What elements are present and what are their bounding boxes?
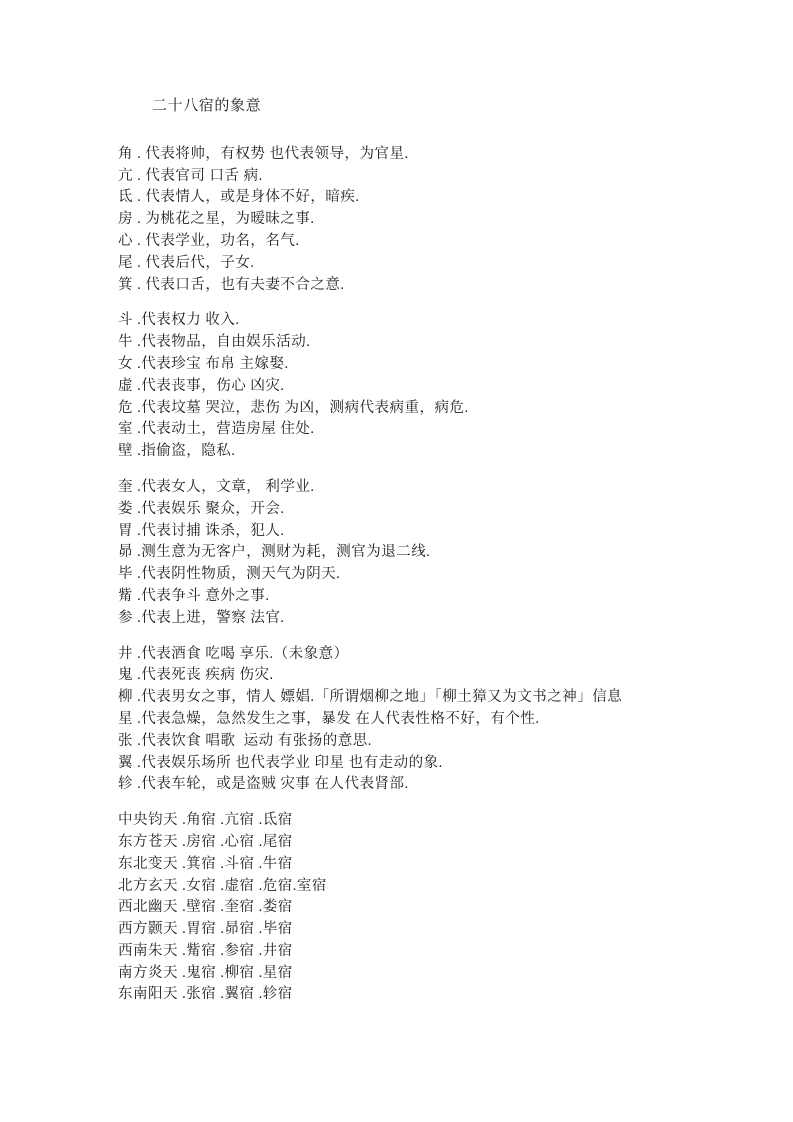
mansion-line: 翼 .代表娱乐场所 也代表学业 印星 也有走动的象. [118,753,753,775]
mansion-line: 觜 .代表争斗 意外之事. [118,586,753,608]
sky-region-line: 西南朱天 .觜宿 .参宿 .井宿 [118,941,753,963]
mansion-line: 胃 .代表讨捕 诛杀，犯人. [118,521,753,543]
mansion-line: 张 .代表饮食 唱歌 运动 有张扬的意思. [118,731,753,753]
mansion-line: 鬼 .代表死丧 疾病 伤灾. [118,665,753,687]
section-eastern-seven-mansions: 角 . 代表将帅，有权势 也代表领导，为官星. 亢 . 代表官司 口舌 病. 氐… [118,144,753,297]
mansion-line: 昴 .测生意为无客户，测财为耗，测官为退二线. [118,542,753,564]
mansion-line: 室 .代表动土，营造房屋 住处. [118,419,753,441]
mansion-line: 角 . 代表将帅，有权势 也代表领导，为官星. [118,144,753,166]
sky-region-line: 东南阳天 .张宿 .翼宿 .轸宿 [118,984,753,1006]
mansion-line: 心 . 代表学业，功名，名气. [118,231,753,253]
mansion-line: 星 .代表急燥，急然发生之事，暴发 在人代表性格不好，有个性. [118,709,753,731]
section-western-seven-mansions: 奎 .代表女人，文章， 利学业. 娄 .代表娱乐 聚众，开会. 胃 .代表讨捕 … [118,477,753,630]
mansion-line: 房 . 为桃花之星，为暧昧之事. [118,209,753,231]
mansion-line: 危 .代表坟墓 哭泣，悲伤 为凶，测病代表病重，病危. [118,398,753,420]
mansion-line: 虚 .代表丧事，伤心 凶灾. [118,376,753,398]
mansion-line: 奎 .代表女人，文章， 利学业. [118,477,753,499]
section-southern-seven-mansions: 井 .代表酒食 吃喝 享乐.（未象意） 鬼 .代表死丧 疾病 伤灾. 柳 .代表… [118,644,753,797]
mansion-line: 亢 . 代表官司 口舌 病. [118,166,753,188]
sky-region-line: 东方苍天 .房宿 .心宿 .尾宿 [118,832,753,854]
mansion-line: 箕 . 代表口舌，也有夫妻不合之意. [118,275,753,297]
document-page: 二十八宿的象意 角 . 代表将帅，有权势 也代表领导，为官星. 亢 . 代表官司… [0,0,793,1122]
mansion-line: 牛 .代表物品，自由娱乐活动. [118,332,753,354]
section-northern-seven-mansions: 斗 .代表权力 收入. 牛 .代表物品，自由娱乐活动. 女 .代表珍宝 布帛 主… [118,310,753,463]
sky-region-line: 东北变天 .箕宿 .斗宿 .牛宿 [118,854,753,876]
sky-region-line: 南方炎天 .鬼宿 .柳宿 .星宿 [118,963,753,985]
mansion-line: 娄 .代表娱乐 聚众，开会. [118,499,753,521]
document-content: 二十八宿的象意 角 . 代表将帅，有权势 也代表领导，为官星. 亢 . 代表官司… [0,0,793,1006]
mansion-line: 毕 .代表阴性物质，测天气为阴天. [118,564,753,586]
mansion-line: 柳 .代表男女之事，情人 嫖娼.「所谓烟柳之地」「柳土獐又为文书之神」信息 [118,687,753,709]
mansion-line: 井 .代表酒食 吃喝 享乐.（未象意） [118,644,753,666]
sky-region-line: 北方玄天 .女宿 .虚宿 .危宿.室宿 [118,876,753,898]
mansion-line: 氐 . 代表情人，或是身体不好，暗疾. [118,187,753,209]
sky-region-line: 西方颢天 .胃宿 .昴宿 .毕宿 [118,919,753,941]
section-nine-heavens: 中央钧天 .角宿 .亢宿 .氐宿 东方苍天 .房宿 .心宿 .尾宿 东北变天 .… [118,810,753,1006]
mansion-line: 轸 .代表车轮，或是盗贼 灾事 在人代表肾部. [118,774,753,796]
sky-region-line: 西北幽天 .壁宿 .奎宿 .娄宿 [118,897,753,919]
mansion-line: 壁 .指偷盗，隐私. [118,441,753,463]
mansion-line: 尾 . 代表后代，子女. [118,253,753,275]
mansion-line: 参 .代表上进，警察 法官. [118,608,753,630]
sky-region-line: 中央钧天 .角宿 .亢宿 .氐宿 [118,810,753,832]
mansion-line: 女 .代表珍宝 布帛 主嫁娶. [118,354,753,376]
mansion-line: 斗 .代表权力 收入. [118,310,753,332]
page-title: 二十八宿的象意 [152,96,753,118]
